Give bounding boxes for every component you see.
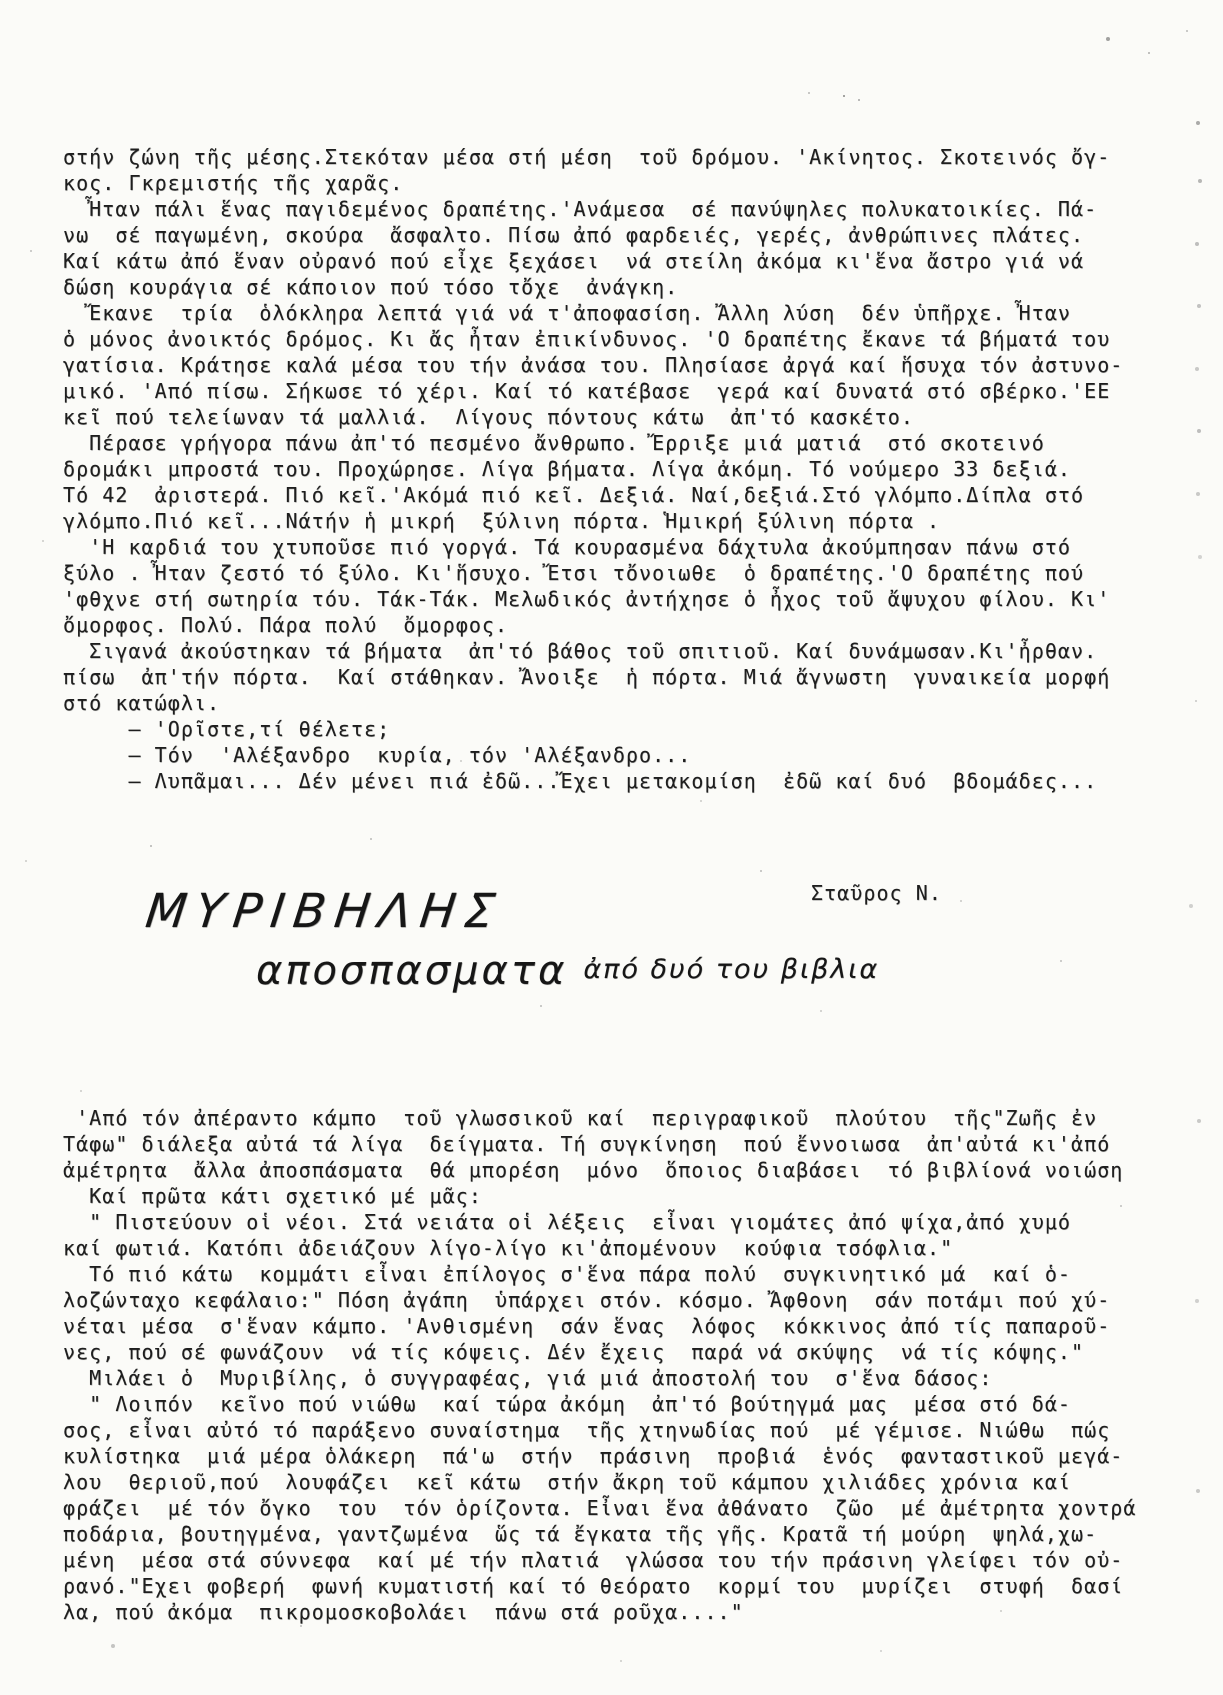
subtitle-word: αποσπασματα bbox=[256, 948, 567, 994]
text-line: λοζώνταχο κεφάλαιο:" Πόση ἀγάπη ὑπάρχει … bbox=[63, 1287, 1136, 1313]
story-lines: στήν ζώνη τῆς μέσης.Στεκόταν μέσα στή μέ… bbox=[63, 144, 1123, 794]
text-line: " Λοιπόν κεῖνο πού νιώθω καί τώρα ἀκόμη … bbox=[63, 1391, 1136, 1417]
text-line: νες, πού σέ φωνάζουν νά τίς κόψεις. Δέν … bbox=[63, 1339, 1136, 1365]
text-line: πίσω ἀπ'τήν πόρτα. Καί στάθηκαν. Ἄνοιξε … bbox=[63, 664, 1123, 690]
text-line: ὁ μόνος ἀνοικτός δρόμος. Κι ἄς ἦταν ἐπικ… bbox=[63, 326, 1123, 352]
text-line: νέται μέσα σ'ἕναν κάμπο. 'Ανθισμένη σάν … bbox=[63, 1313, 1136, 1339]
text-line: ρανό."Εχει φοβερή φωνή κυματιστή καί τό … bbox=[63, 1573, 1136, 1599]
text-line: Σιγανά ἀκούστηκαν τά βήματα ἀπ'τό βάθος … bbox=[63, 638, 1123, 664]
text-line: 'Η καρδιά του χτυποῦσε πιό γοργά. Τά κου… bbox=[63, 534, 1123, 560]
text-line: 'Από τόν ἀπέραντο κάμπο τοῦ γλωσσικοῦ κα… bbox=[63, 1105, 1136, 1131]
subtitle-note: ἀπό δυό του βιβλια bbox=[583, 954, 879, 985]
excerpts-lines: 'Από τόν ἀπέραντο κάμπο τοῦ γλωσσικοῦ κα… bbox=[63, 1105, 1136, 1625]
text-line: ἀμέτρητα ἄλλα ἀποσπάσματα θά μπορέση μόν… bbox=[63, 1157, 1136, 1183]
text-line: κυλίστηκα μιά μέρα ὁλάκερη πά'ω στήν πρά… bbox=[63, 1443, 1136, 1469]
text-line: Καί πρῶτα κάτι σχετικό μέ μᾶς: bbox=[63, 1183, 1136, 1209]
text-line: Τό 42 ἀριστερά. Πιό κεῖ.'Ακόμά πιό κεῖ. … bbox=[63, 482, 1123, 508]
text-line: ποδάρια, βουτηγμένα, γαντζωμένα ὥς τά ἔγ… bbox=[63, 1521, 1136, 1547]
author-signature: Σταῦρος Ν. bbox=[811, 880, 1123, 906]
text-line: Ἦταν πάλι ἕνας παγιδεμένος δραπέτης.'Ανά… bbox=[63, 196, 1123, 222]
text-line: Πέρασε γρήγορα πάνω ἀπ'τό πεσμένο ἄνθρωπ… bbox=[63, 430, 1123, 456]
text-line: δρομάκι μπροστά του. Προχώρησε. Λίγα βήμ… bbox=[63, 456, 1123, 482]
handwritten-subtitle: αποσπασματαἀπό δυό του βιβλια bbox=[256, 948, 879, 994]
text-line: καί φωτιά. Κατόπι ἀδειάζουν λίγο-λίγο κι… bbox=[63, 1235, 1136, 1261]
text-line: γλόμπο.Πιό κεῖ...Νάτήν ἡ μικρή ξύλινη πό… bbox=[63, 508, 1123, 534]
text-line: Καί κάτω ἀπό ἕναν οὐρανό πού εἶχε ξεχάσε… bbox=[63, 248, 1123, 274]
text-line: λα, πού ἀκόμα πικρομοσκοβολάει πάνω στά … bbox=[63, 1599, 1136, 1625]
text-line: κεῖ πού τελείωναν τά μαλλιά. Λίγους πόντ… bbox=[63, 404, 1123, 430]
text-line: νω σέ παγωμένη, σκούρα ἄσφαλτο. Πίσω ἀπό… bbox=[63, 222, 1123, 248]
text-line: ξύλο . Ἦταν ζεστό τό ξύλο. Κι'ἥσυχο. Ἔτσ… bbox=[63, 560, 1123, 586]
scan-noise bbox=[0, 0, 2, 2]
text-line: Μιλάει ὁ Μυριβίλης, ὁ συγγραφέας, γιά μι… bbox=[63, 1365, 1136, 1391]
text-line: 'φθχνε στή σωτηρία τόυ. Τάκ-Τάκ. Μελωδικ… bbox=[63, 586, 1123, 612]
text-line: δώση κουράγια σέ κάποιον πού τόσο τὄχε ἀ… bbox=[63, 274, 1123, 300]
text-line: φράζει μέ τόν ὄγκο του τόν ὁρίζοντα. Εἶν… bbox=[63, 1495, 1136, 1521]
text-line: μένη μέσα στά σύννεφα καί μέ τήν πλατιά … bbox=[63, 1547, 1136, 1573]
text-line: – 'Ορῖστε,τί θέλετε; bbox=[63, 716, 1123, 742]
text-line: κος. Γκρεμιστής τῆς χαρᾶς. bbox=[63, 170, 1123, 196]
excerpts-section: 'Από τόν ἀπέραντο κάμπο τοῦ γλωσσικοῦ κα… bbox=[63, 1053, 1136, 1677]
text-line: ὄμορφος. Πολύ. Πάρα πολύ ὄμορφος. bbox=[63, 612, 1123, 638]
text-line: " Πιστεύουν οἱ νέοι. Στά νειάτα οἱ λέξει… bbox=[63, 1209, 1136, 1235]
text-line: – Λυπᾶμαι... Δέν μένει πιά ἐδῶ...Ἔχει με… bbox=[63, 768, 1123, 794]
text-line: σος, εἶναι αὐτό τό παράξενο συναίστημα τ… bbox=[63, 1417, 1136, 1443]
text-line: Τάφω" διάλεξα αὐτά τά λίγα δείγματα. Τή … bbox=[63, 1131, 1136, 1157]
text-line: γατίσια. Κράτησε καλά μέσα του τήν ἀνάσα… bbox=[63, 352, 1123, 378]
text-line: Τό πιό κάτω κομμάτι εἶναι ἐπίλογος σ'ἕνα… bbox=[63, 1261, 1136, 1287]
text-line: μικό. 'Από πίσω. Σήκωσε τό χέρι. Καί τό … bbox=[63, 378, 1123, 404]
scanned-document-page: στήν ζώνη τῆς μέσης.Στεκόταν μέσα στή μέ… bbox=[0, 0, 1223, 1695]
text-line: στό κατώφλι. bbox=[63, 690, 1123, 716]
text-line: – Τόν 'Αλέξανδρο κυρία, τόν 'Αλέξανδρο..… bbox=[63, 742, 1123, 768]
text-line: στήν ζώνη τῆς μέσης.Στεκόταν μέσα στή μέ… bbox=[63, 144, 1123, 170]
story-section: στήν ζώνη τῆς μέσης.Στεκόταν μέσα στή μέ… bbox=[63, 92, 1123, 958]
handwritten-author-title: ΜΥΡΙΒΗΛΗΣ bbox=[143, 884, 507, 939]
text-line: Ἔκανε τρία ὁλόκληρα λεπτά γιά νά τ'ἀποφα… bbox=[63, 300, 1123, 326]
text-line: λου θεριοῦ,πού λουφάζει κεῖ κάτω στήν ἄκ… bbox=[63, 1469, 1136, 1495]
